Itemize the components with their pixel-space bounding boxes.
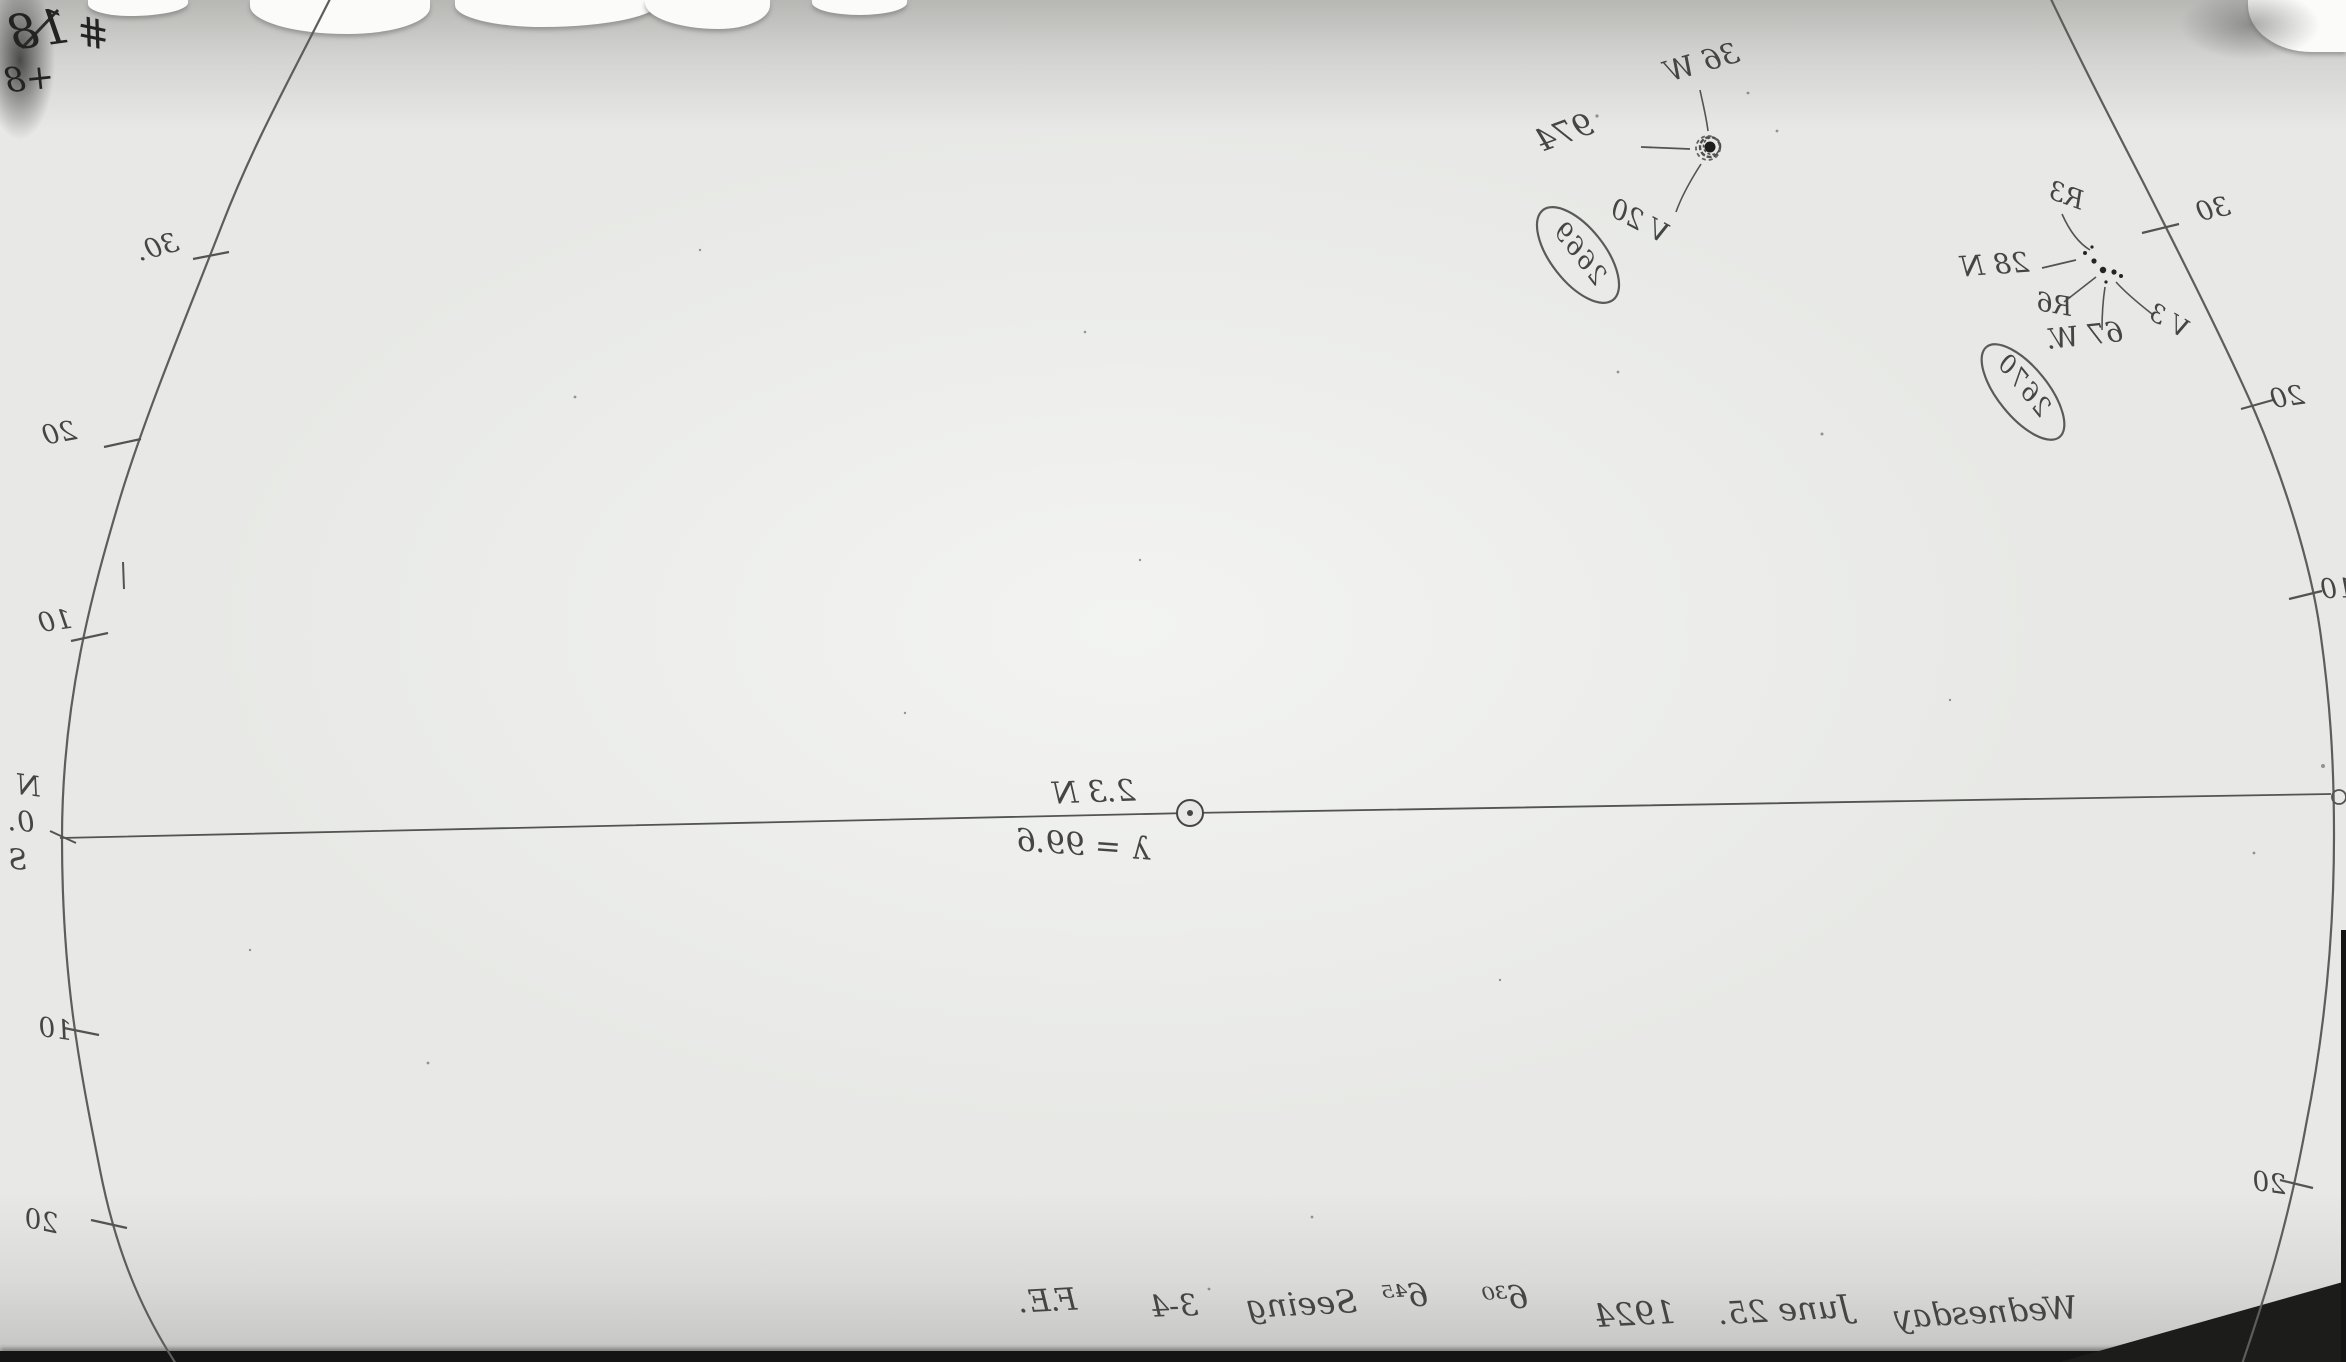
group-b-label-bottom: 67 W. [2045, 318, 2125, 354]
center-latitude-note: 2.3 N [1052, 777, 1136, 810]
footer-time-b: 6⁴⁵ [1381, 1278, 1429, 1313]
footer-time-a: 6³⁰ [1481, 1280, 1529, 1315]
disk-center-dot [1187, 810, 1193, 816]
lat-label-right-10: 10 [2320, 576, 2346, 603]
lat-label-left-20s: 20 [22, 1205, 61, 1239]
lat-label-left-10: 10 [36, 606, 74, 638]
lat-label-left-10s: 10 [36, 1014, 74, 1046]
footer-day: Wednesday [1893, 1291, 2078, 1333]
group-b-label-left: 28 N [1959, 249, 2030, 282]
footer-observer-initials: F.E. [1017, 1284, 1078, 1318]
center-longitude-note: λ = 99.6 [1015, 825, 1151, 865]
right-limb-ticks [2142, 224, 2322, 1188]
equator-north-label: N [14, 770, 42, 801]
drawing-lineart [0, 0, 2346, 1362]
footer-month: June [1777, 1290, 1852, 1326]
right-limb-arc [2049, 0, 2334, 1362]
footer-year: 1924 [1593, 1296, 1676, 1332]
plate-mark: +8 [2, 59, 55, 98]
footer-date: 25. [1717, 1297, 1768, 1331]
lat-label-right-30: 30 [2194, 193, 2233, 227]
equator-zero-label: 0. [7, 807, 36, 837]
group-b-label-mid: R6 [2034, 289, 2074, 321]
scanned-solar-drawing-page: 18 # +8 30. 20 10 10 20 30 20 10 20 N 0.… [0, 0, 2346, 1362]
left-limb-ticks [64, 252, 229, 1228]
lat-label-left-20: 20 [40, 417, 79, 450]
lat-label-right-20s: 20 [2250, 1168, 2288, 1200]
sunspot-group-a [1641, 90, 1721, 212]
lat-label-right-20: 20 [2268, 382, 2306, 414]
footer-seeing-label: Seeing [1245, 1285, 1358, 1323]
page-number: 18 [5, 2, 72, 58]
stray-tick [123, 562, 124, 589]
equator-south-label: S [7, 845, 29, 875]
left-limb-arc [62, 0, 332, 1362]
footer-seeing-value: 3-4 [1149, 1291, 1198, 1323]
